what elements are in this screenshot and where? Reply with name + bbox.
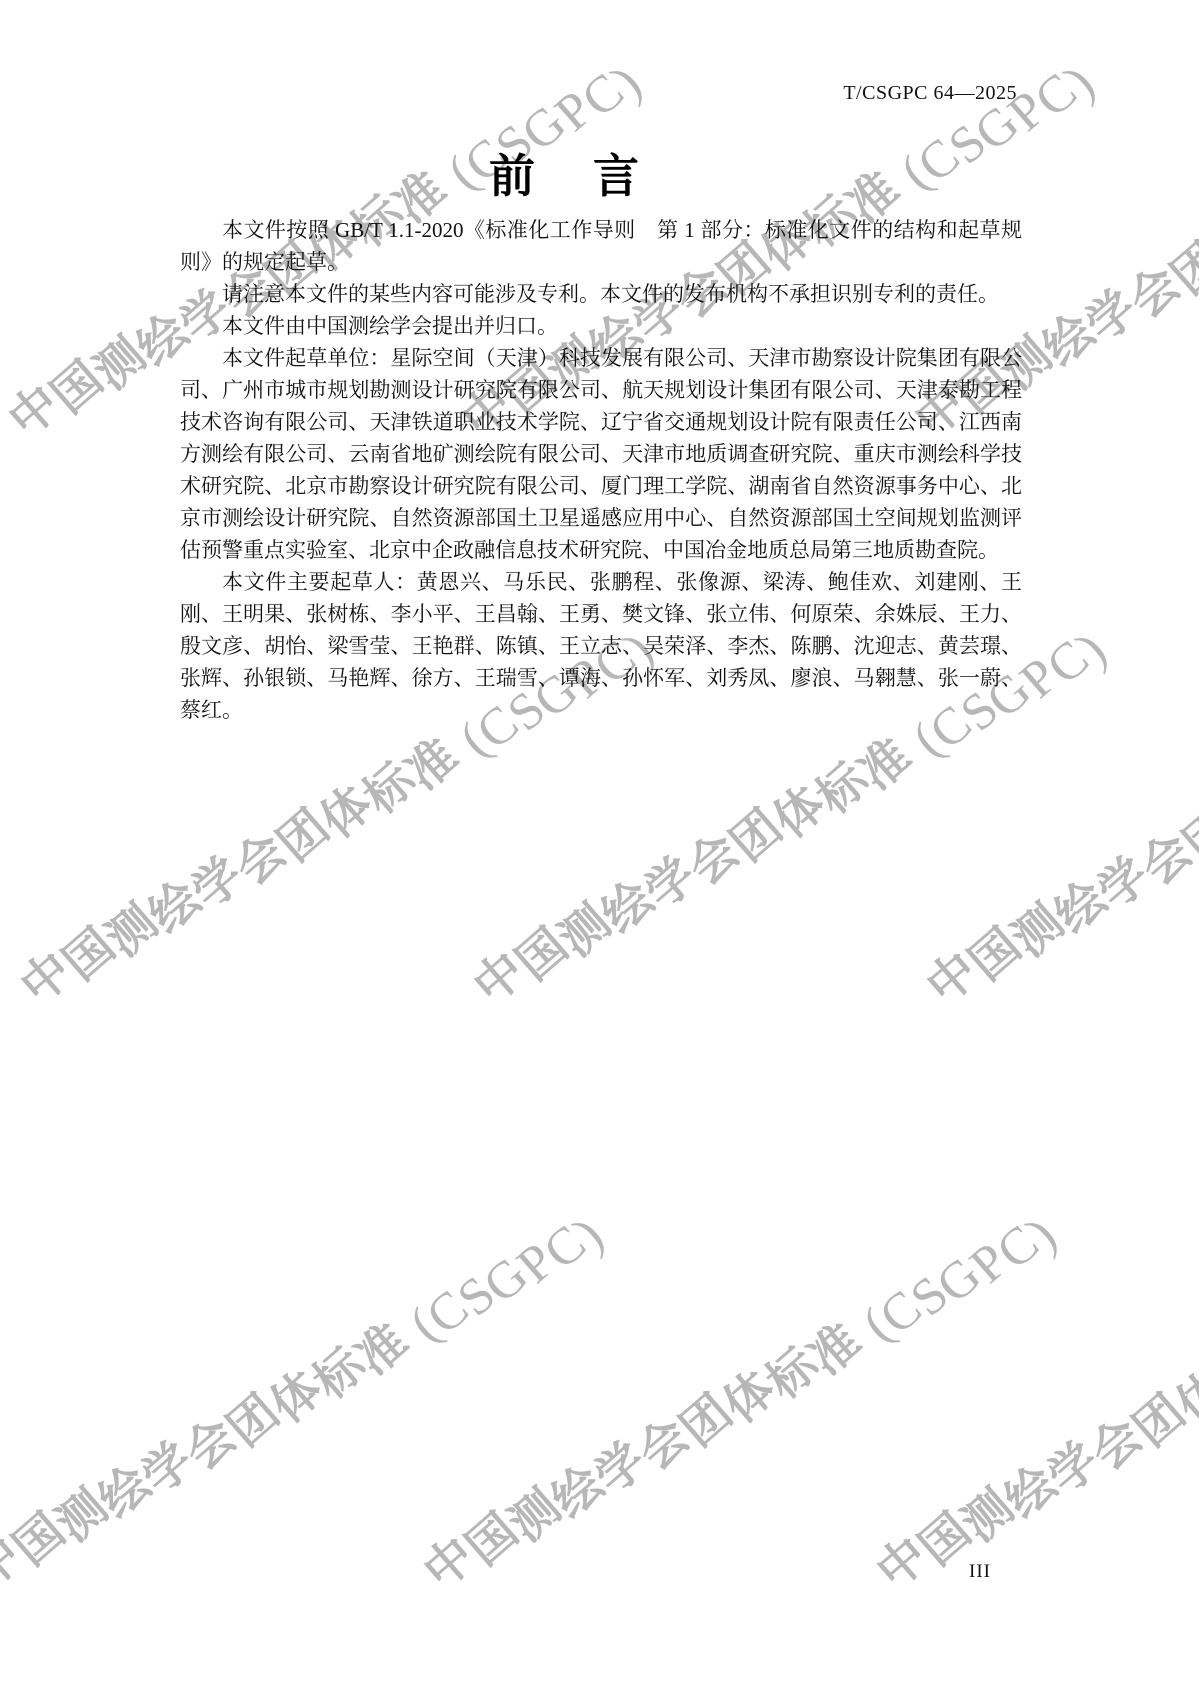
header-standard-code: T/CSGPC 64—2025 [0, 82, 1017, 105]
foreword-paragraph: 请注意本文件的某些内容可能涉及专利。本文件的发布机构不承担识别专利的责任。 [180, 278, 1022, 310]
foreword-paragraph: 本文件由中国测绘学会提出并归口。 [180, 310, 1022, 342]
page-content: T/CSGPC 64—2025 前 言 本文件按照 GB/T 1.1-2020《… [0, 0, 1199, 1696]
page-number: III [969, 1561, 991, 1583]
foreword-paragraph: 本文件按照 GB/T 1.1-2020《标准化工作导则 第 1 部分：标准化文件… [180, 214, 1022, 278]
foreword-paragraph: 本文件起草单位：星际空间（天津）科技发展有限公司、天津市勘察设计院集团有限公司、… [180, 342, 1022, 566]
document-page: 中国测绘学会团体标准 (CSGPC)中国测绘学会团体标准 (CSGPC)中国测绘… [0, 0, 1199, 1696]
foreword-paragraph: 本文件主要起草人：黄恩兴、马乐民、张鹏程、张像源、梁涛、鲍佳欢、刘建刚、王刚、王… [180, 566, 1022, 726]
foreword-title: 前 言 [180, 140, 954, 206]
foreword-paragraphs: 本文件按照 GB/T 1.1-2020《标准化工作导则 第 1 部分：标准化文件… [180, 214, 1022, 726]
